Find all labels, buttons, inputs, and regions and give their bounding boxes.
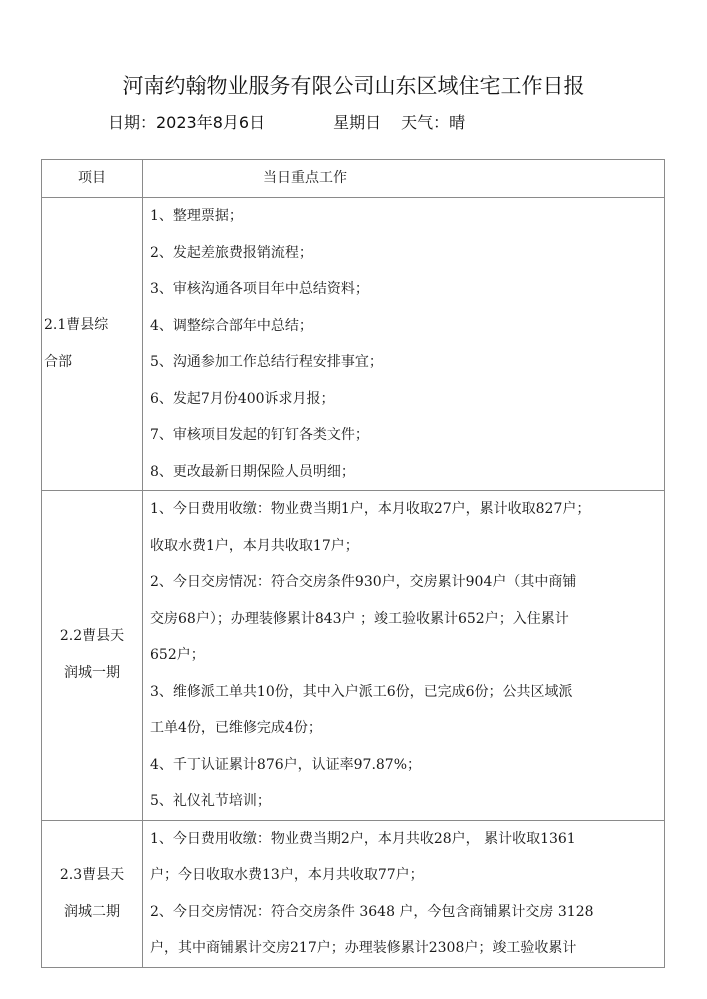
work-item: 1、今日费用收缴：物业费当期1户，本月收取27户，累计收取827户； <box>150 491 658 528</box>
daily-work-table: 项目 当日重点工作 2.1曹县综 合部 1、整理票据； 2、发起差旅费报销流程；… <box>41 159 665 968</box>
project-name-line: 合部 <box>44 344 140 381</box>
table-header-row: 项目 当日重点工作 <box>42 160 665 198</box>
work-item: 户；今日收取水费13户，本月共收取77户； <box>150 857 658 894</box>
project-name-line: 2.1曹县综 <box>44 307 140 344</box>
header-key-work: 当日重点工作 <box>143 160 665 198</box>
work-item: 户，其中商铺累计交房217户；办理装修累计2308户；竣工验收累计 <box>150 930 658 967</box>
work-item: 5、礼仪礼节培训； <box>150 783 658 820</box>
work-item: 6、发起7月份400诉求月报； <box>150 381 658 418</box>
work-cell: 1、今日费用收缴：物业费当期1户，本月收取27户，累计收取827户； 收取水费1… <box>143 491 665 821</box>
work-item: 652户； <box>150 637 658 674</box>
work-item: 7、审核项目发起的钉钉各类文件； <box>150 417 658 454</box>
work-item: 工单4份，已维修完成4份； <box>150 710 658 747</box>
project-name-line: 润城二期 <box>44 894 140 931</box>
project-cell: 2.1曹县综 合部 <box>42 198 143 491</box>
table-row: 2.2曹县天 润城一期 1、今日费用收缴：物业费当期1户，本月收取27户，累计收… <box>42 491 665 821</box>
work-item: 5、沟通参加工作总结行程安排事宜； <box>150 344 658 381</box>
project-cell: 2.2曹县天 润城一期 <box>42 491 143 821</box>
report-title: 河南约翰物业服务有限公司山东区域住宅工作日报 <box>0 70 707 100</box>
project-name-line: 2.3曹县天 <box>44 857 140 894</box>
work-cell: 1、整理票据； 2、发起差旅费报销流程； 3、审核沟通各项目年中总结资料； 4、… <box>143 198 665 491</box>
project-cell: 2.3曹县天 润城二期 <box>42 820 143 967</box>
work-item: 收取水费1户，本月共收取17户； <box>150 528 658 565</box>
work-item: 2、今日交房情况：符合交房条件 3648 户，今包含商铺累计交房 3128 <box>150 894 658 931</box>
report-meta: 日期：2023年8月6日星期日天气：晴 <box>108 110 465 133</box>
work-item: 8、更改最新日期保险人员明细； <box>150 454 658 491</box>
table-row: 2.1曹县综 合部 1、整理票据； 2、发起差旅费报销流程； 3、审核沟通各项目… <box>42 198 665 491</box>
work-item: 4、千丁认证累计876户，认证率97.87%； <box>150 747 658 784</box>
project-name-line: 2.2曹县天 <box>44 618 140 655</box>
work-item: 交房68户）；办理装修累计843户 ；竣工验收累计652户；入住累计 <box>150 601 658 638</box>
work-item: 4、调整综合部年中总结； <box>150 308 658 345</box>
report-weekday: 星期日 <box>333 110 381 133</box>
work-item: 1、今日费用收缴：物业费当期2户，本月共收28户， 累计收取1361 <box>150 821 658 858</box>
report-weather: 天气：晴 <box>401 110 465 133</box>
work-cell: 1、今日费用收缴：物业费当期2户，本月共收28户， 累计收取1361 户；今日收… <box>143 820 665 967</box>
table-row: 2.3曹县天 润城二期 1、今日费用收缴：物业费当期2户，本月共收28户， 累计… <box>42 820 665 967</box>
header-project: 项目 <box>42 160 143 198</box>
work-item: 3、维修派工单共10份，其中入户派工6份，已完成6份；公共区域派 <box>150 674 658 711</box>
work-item: 3、审核沟通各项目年中总结资料； <box>150 271 658 308</box>
work-item: 2、发起差旅费报销流程； <box>150 235 658 272</box>
work-item: 2、今日交房情况：符合交房条件930户，交房累计904户（其中商铺 <box>150 564 658 601</box>
work-item: 1、整理票据； <box>150 198 658 235</box>
project-name-line: 润城一期 <box>44 655 140 692</box>
report-date: 日期：2023年8月6日 <box>108 110 265 133</box>
